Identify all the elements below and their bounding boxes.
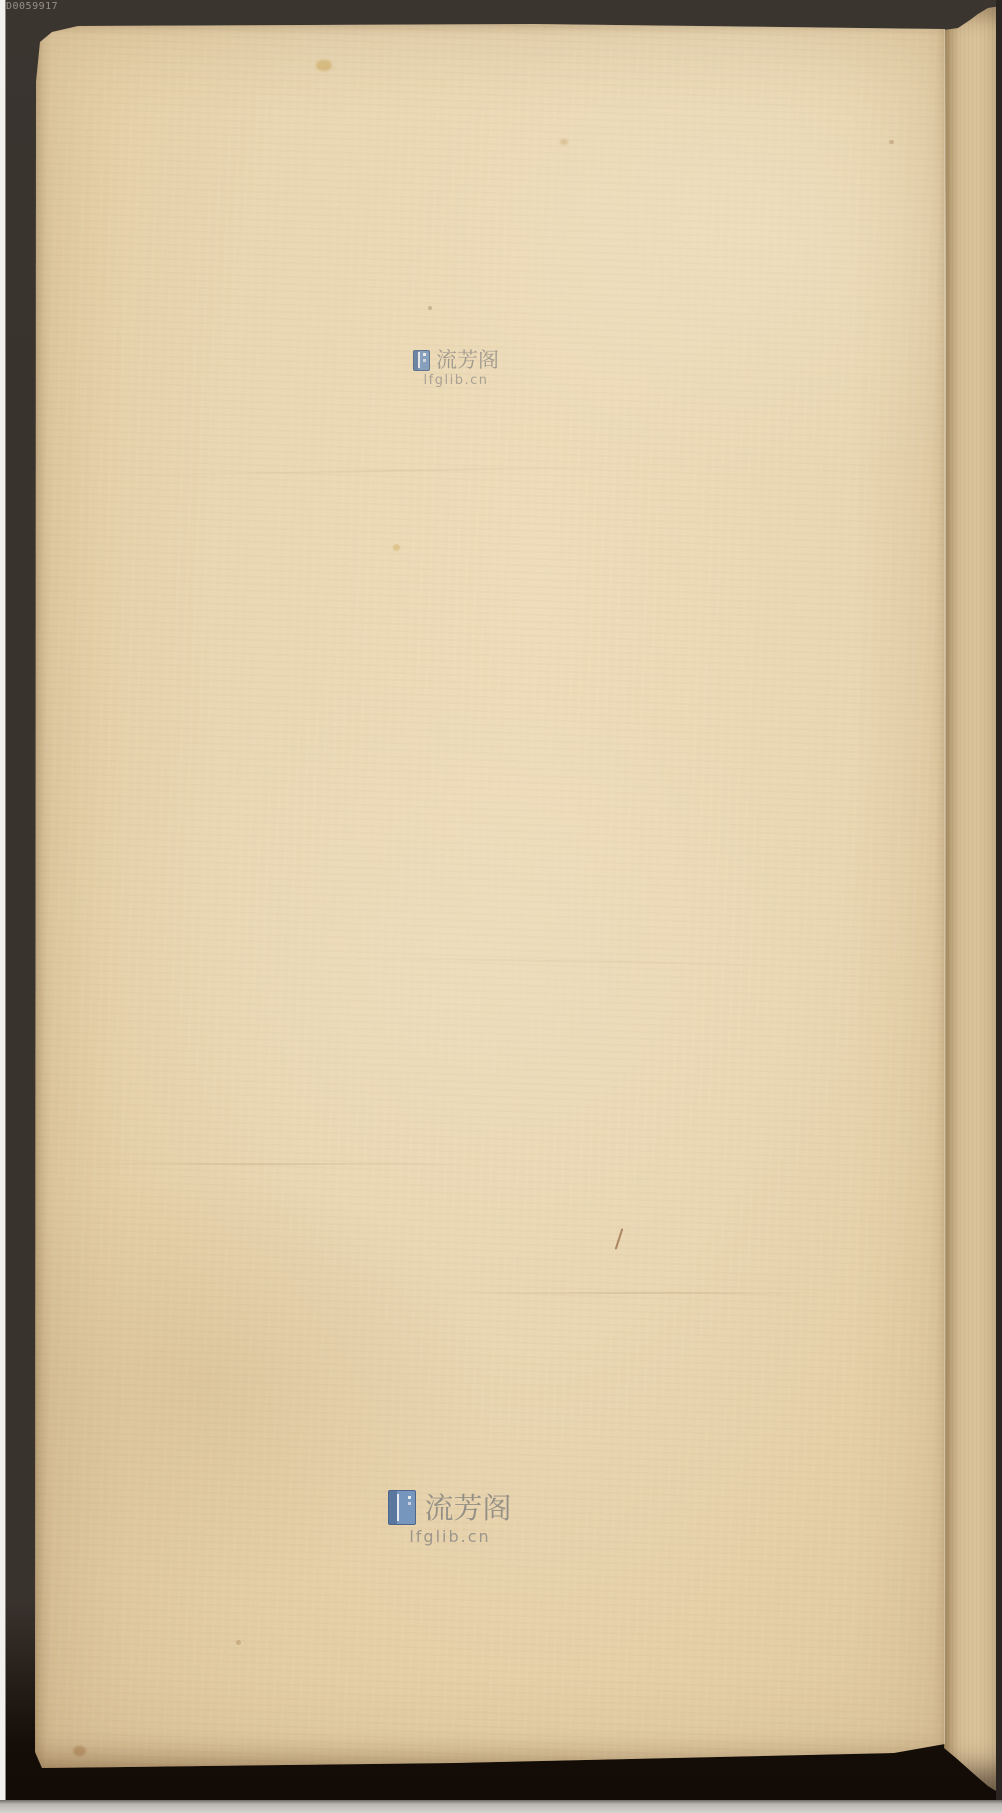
scan-id: D0059917 (6, 1, 58, 13)
paper-stain (393, 544, 400, 551)
paper-stain (560, 139, 568, 145)
paper-crease (300, 956, 800, 967)
watermark-bottom: 流芳阁 lfglib.cn (372, 1490, 528, 1546)
paper-fiber (615, 1228, 624, 1250)
watermark-site-name: 流芳阁 (424, 1491, 511, 1525)
paper-speck (428, 306, 432, 310)
book-spine-line (397, 1494, 399, 1522)
book-icon-marks (408, 1496, 411, 1499)
paper-crease (60, 1163, 490, 1165)
background-right-sliver (996, 0, 1002, 1801)
paper-speck (889, 140, 894, 144)
watermark-site-name: 流芳阁 (436, 348, 499, 372)
book-icon-marks (423, 353, 426, 356)
watermark-title-row: 流芳阁 (386, 348, 526, 372)
watermark-site-url: lfglib.cn (372, 1527, 528, 1546)
paper-stain (316, 60, 332, 71)
book-page: 流芳阁 lfglib.cn 流芳阁 lfglib.cn (34, 22, 946, 1768)
book-scan: 流芳阁 lfglib.cn 流芳阁 lfglib.cn D0059917 (0, 0, 1002, 1813)
scanner-edge-bottom (0, 1800, 1002, 1813)
scanner-edge-left (0, 0, 6, 1801)
book-spine-line (418, 352, 420, 368)
watermark-site-url: lfglib.cn (386, 373, 526, 389)
book-logo-icon (388, 1490, 416, 1525)
paper-stain (73, 1746, 86, 1756)
paper-crease (440, 1292, 830, 1294)
paper-speck (236, 1640, 241, 1645)
paper-tone-variation (34, 22, 946, 1768)
watermark-center: 流芳阁 lfglib.cn (386, 348, 526, 389)
book-fore-edge-pages (944, 6, 1001, 1794)
book-logo-icon (413, 350, 430, 371)
watermark-title-row: 流芳阁 (372, 1490, 528, 1525)
paper-crease (120, 465, 640, 476)
